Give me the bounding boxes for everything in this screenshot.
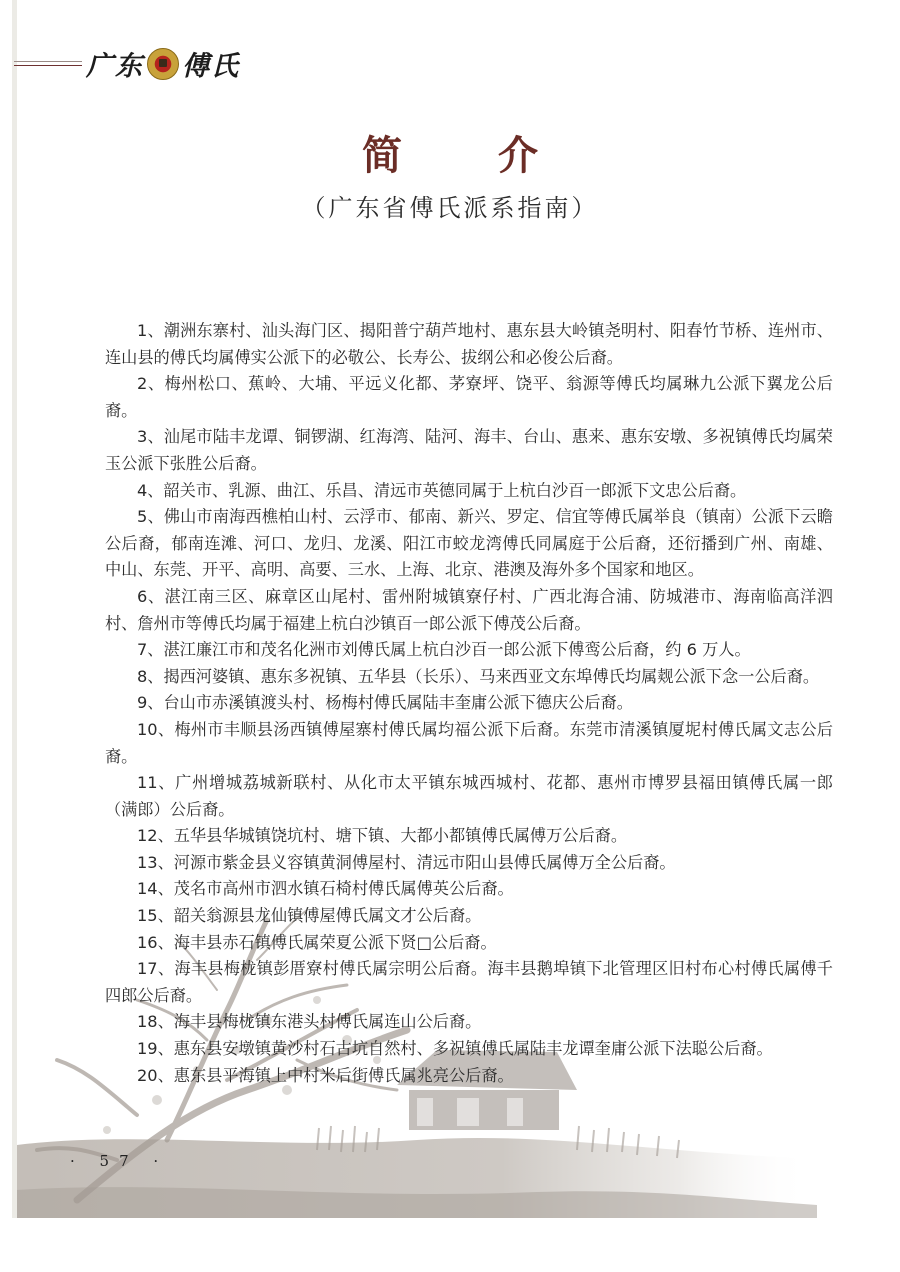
header-title-left: 广东 [86, 44, 144, 83]
page-title: 简介 [0, 124, 900, 181]
entry-5: 5、佛山市南海西樵柏山村、云浮市、郁南、新兴、罗定、信宜等傅氏属举良（镇南）公派… [105, 504, 833, 584]
entry-16: 16、海丰县赤石镇傅氏属荣夏公派下贤□公后裔。 [105, 930, 833, 957]
page-number: · 57 · [70, 1152, 168, 1170]
header-rule [14, 61, 82, 66]
header-title: 广东 傅氏 [86, 44, 240, 83]
entry-20: 20、惠东县平海镇上中村米后街傅氏属兆亮公后裔。 [105, 1063, 833, 1090]
entry-7: 7、湛江廉江市和茂名化洲市刘傅氏属上杭白沙百一郎公派下傅鸾公后裔，约 6 万人。 [105, 637, 833, 664]
entry-14: 14、茂名市高州市泗水镇石椅村傅氏属傅英公后裔。 [105, 876, 833, 903]
entry-13: 13、河源市紫金县义容镇黄洞傅屋村、清远市阳山县傅氏属傅万全公后裔。 [105, 850, 833, 877]
entry-11: 11、广州增城荔城新联村、从化市太平镇东城西城村、花都、惠州市博罗县福田镇傅氏属… [105, 770, 833, 823]
page-subtitle: （广东省傅氏派系指南） [0, 188, 900, 223]
entry-9: 9、台山市赤溪镇渡头村、杨梅村傅氏属陆丰奎庸公派下德庆公后裔。 [105, 690, 833, 717]
entry-12: 12、五华县华城镇饶坑村、塘下镇、大都小都镇傅氏属傅万公后裔。 [105, 823, 833, 850]
entry-18: 18、海丰县梅栊镇东港头村傅氏属连山公后裔。 [105, 1009, 833, 1036]
entry-1: 1、潮洲东寨村、汕头海门区、揭阳普宁葫芦地村、惠东县大岭镇尧明村、阳春竹节桥、连… [105, 318, 833, 371]
article-body: 1、潮洲东寨村、汕头海门区、揭阳普宁葫芦地村、惠东县大岭镇尧明村、阳春竹节桥、连… [105, 318, 833, 1089]
entry-6: 6、湛江南三区、麻章区山尾村、雷州附城镇寮仔村、广西北海合浦、防城港市、海南临高… [105, 584, 833, 637]
running-header: 广东 傅氏 [14, 42, 274, 82]
entry-15: 15、韶关翁源县龙仙镇傅屋傅氏属文才公后裔。 [105, 903, 833, 930]
entry-19: 19、惠东县安墩镇黄沙村石古坑自然村、多祝镇傅氏属陆丰龙谭奎庸公派下法聪公后裔。 [105, 1036, 833, 1063]
entry-3: 3、汕尾市陆丰龙谭、铜锣湖、红海湾、陆河、海丰、台山、惠来、惠东安墩、多祝镇傅氏… [105, 424, 833, 477]
entry-2: 2、梅州松口、蕉岭、大埔、平远义化都、茅寮坪、饶平、翁源等傅氏均属琳九公派下翼龙… [105, 371, 833, 424]
entry-8: 8、揭西河婆镇、惠东多祝镇、五华县（长乐）、马来西亚文东埠傅氏均属觌公派下念一公… [105, 664, 833, 691]
entry-10: 10、梅州市丰顺县汤西镇傅屋寨村傅氏属均福公派下后裔。东莞市清溪镇厦坭村傅氏属文… [105, 717, 833, 770]
header-title-right: 傅氏 [182, 44, 240, 83]
entry-4: 4、韶关市、乳源、曲江、乐昌、清远市英德同属于上杭白沙百一郎派下文忠公后裔。 [105, 478, 833, 505]
page-edge [12, 0, 17, 1230]
entry-17: 17、海丰县梅栊镇彭厝寮村傅氏属宗明公后裔。海丰县鹅埠镇下北管理区旧村布心村傅氏… [105, 956, 833, 1009]
page-margin-bottom [12, 1218, 900, 1272]
clan-emblem-icon [147, 48, 179, 80]
